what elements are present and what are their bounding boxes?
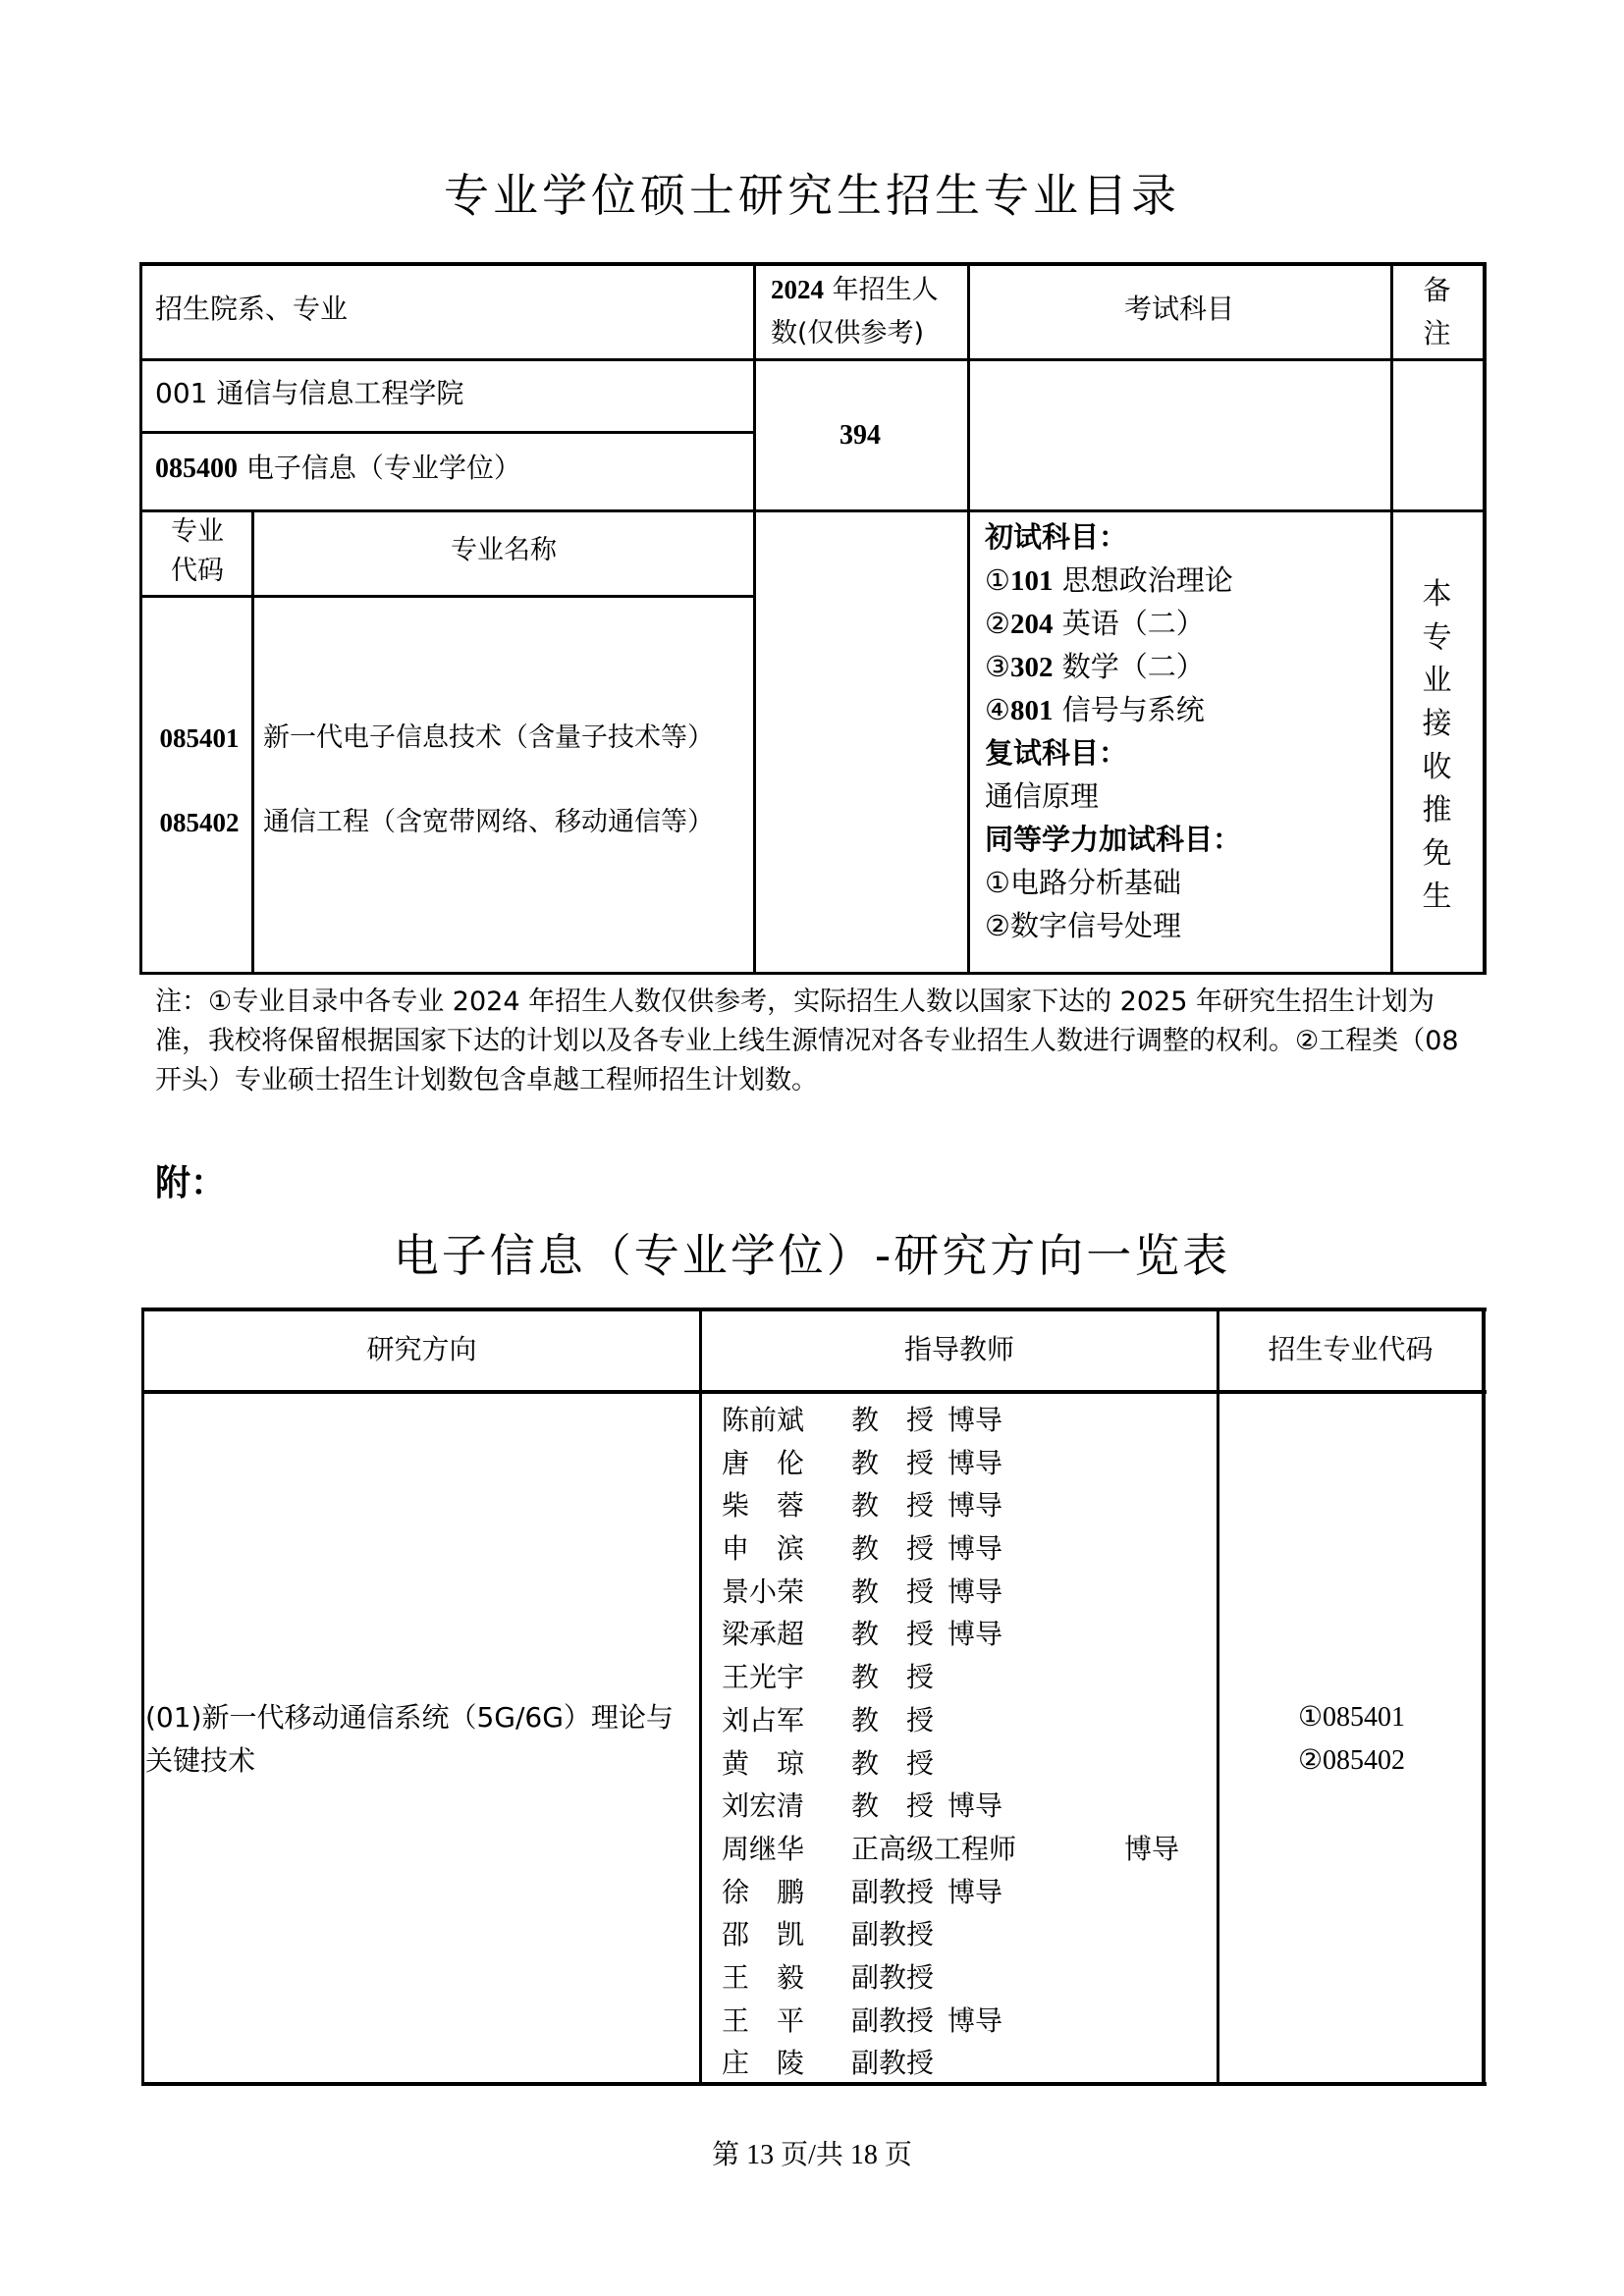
- exam-item: ①101 思想政治理论: [985, 559, 1241, 602]
- table-border: [139, 431, 755, 434]
- exam-subjects: 初试科目： ①101 思想政治理论 ②204 英语（二） ③302 数学（二） …: [985, 515, 1241, 947]
- sub-major-code: 085402: [145, 807, 253, 838]
- department-name: 001 通信与信息工程学院: [155, 377, 463, 410]
- advisor-supervisor-badge: 博导: [947, 1442, 1002, 1485]
- header-enrollment-text: 年招生人: [824, 275, 939, 305]
- remark-char: 接: [1390, 703, 1484, 746]
- advisor-row: 庄 陵副教授: [722, 2042, 1179, 2085]
- remark-char: 生: [1390, 876, 1484, 919]
- table-border: [967, 262, 970, 975]
- header-remarks: 备 注: [1390, 269, 1484, 355]
- table-border: [699, 1308, 702, 2086]
- remark-char: 本: [1390, 573, 1484, 616]
- exam-item: ③302 数学（二）: [985, 645, 1241, 688]
- advisor-title: 副教授: [851, 1913, 947, 1956]
- exam-index: ②: [985, 607, 1010, 640]
- advisor-name: 王 平: [722, 2000, 851, 2043]
- exam-name: 思想政治理论: [1054, 563, 1233, 597]
- subheader-major-name: 专业名称: [253, 535, 754, 566]
- exam-code: 101: [1010, 565, 1054, 597]
- header-department-major: 招生院系、专业: [155, 293, 348, 326]
- advisor-row: 陈前斌教 授博导: [722, 1399, 1179, 1442]
- remark-text: 本专业接收推免生: [1390, 573, 1484, 919]
- exam-name: 英语（二）: [1054, 607, 1205, 640]
- remark-char: 收: [1390, 746, 1484, 789]
- advisor-row: 黄 琼教 授: [722, 1742, 1179, 1786]
- advisor-name: 黄 琼: [722, 1742, 851, 1786]
- advisor-title: 教 授: [851, 1484, 947, 1527]
- advisor-supervisor-badge: 博导: [947, 1871, 1002, 1914]
- exam-index: ①: [985, 563, 1010, 597]
- page-title: 专业学位硕士研究生招生专业目录: [0, 160, 1624, 225]
- major-code: 085400: [155, 454, 238, 484]
- table-border: [141, 1308, 144, 2086]
- advisor-name: 王 毅: [722, 1956, 851, 2000]
- sub-major-name: 通信工程（含宽带网络、移动通信等）: [263, 807, 714, 838]
- exam-item: ②204 英语（二）: [985, 602, 1241, 645]
- advisor-row: 王 毅副教授: [722, 1956, 1179, 2000]
- advisor-title: 副教授: [851, 1956, 947, 2000]
- advisor-row: 刘占军教 授: [722, 1699, 1179, 1742]
- advisor-row: 申 滨教 授博导: [722, 1527, 1179, 1571]
- advisor-row: 周继华正高级工程师博导: [722, 1828, 1179, 1871]
- advisor-title: 教 授: [851, 1699, 947, 1742]
- exam-code: 302: [1010, 652, 1054, 683]
- advisor-title: 教 授: [851, 1527, 947, 1571]
- preliminary-heading: 初试科目：: [985, 515, 1241, 559]
- advisor-title: 教 授: [851, 1613, 947, 1656]
- enrollment-count: 394: [753, 419, 967, 453]
- advisor-name: 梁承超: [722, 1613, 851, 1656]
- page-number: 第 13 页/共 18 页: [0, 2133, 1624, 2172]
- advisor-supervisor-badge: 博导: [947, 1527, 1002, 1571]
- advisor-row: 景小荣教 授博导: [722, 1571, 1179, 1614]
- header-direction: 研究方向: [144, 1333, 699, 1366]
- header-remarks-line1: 备: [1390, 269, 1484, 312]
- advisor-name: 柴 蓉: [722, 1484, 851, 1527]
- advisor-row: 王 平副教授博导: [722, 2000, 1179, 2043]
- advisor-supervisor-badge: 博导: [1124, 1828, 1179, 1871]
- table-border: [139, 595, 755, 598]
- advisor-row: 梁承超教 授博导: [722, 1613, 1179, 1656]
- equivalent-item: ①电路分析基础: [985, 861, 1241, 904]
- table-border: [1217, 1308, 1219, 2086]
- advisor-title: 副教授: [851, 2000, 947, 2043]
- advisor-name: 徐 鹏: [722, 1871, 851, 1914]
- exam-name: 信号与系统: [1054, 693, 1205, 726]
- exam-index: ④: [985, 693, 1010, 726]
- table-border: [141, 1308, 1487, 1311]
- major-code-item: ②085402: [1220, 1739, 1483, 1783]
- exam-item: ④801 信号与系统: [985, 688, 1241, 731]
- remark-char: 免: [1390, 832, 1484, 876]
- header-exam-subjects: 考试科目: [967, 293, 1391, 326]
- header-major-codes: 招生专业代码: [1219, 1333, 1482, 1366]
- header-enrollment-reference: 数(仅供参考): [771, 312, 967, 355]
- table-border: [139, 262, 1487, 266]
- advisor-name: 周继华: [722, 1828, 851, 1871]
- table-border: [139, 972, 1487, 975]
- header-enrollment-2024: 2024 年招生人 数(仅供参考): [771, 268, 967, 355]
- remark-char: 业: [1390, 660, 1484, 703]
- advisor-name: 景小荣: [722, 1571, 851, 1614]
- appendix-label: 附：: [155, 1155, 226, 1205]
- header-year: 2024: [771, 275, 824, 304]
- remark-char: 推: [1390, 789, 1484, 832]
- subheader-major-code: 专业 代码: [142, 512, 252, 591]
- advisor-supervisor-badge: 博导: [947, 1399, 1002, 1442]
- exam-name: 数学（二）: [1054, 650, 1205, 683]
- advisor-name: 邵 凯: [722, 1913, 851, 1956]
- sub-major-name: 新一代电子信息技术（含量子技术等）: [263, 722, 714, 754]
- advisor-title: 教 授: [851, 1442, 947, 1485]
- advisor-title: 教 授: [851, 1571, 947, 1614]
- advisor-title: 教 授: [851, 1785, 947, 1828]
- advisor-supervisor-badge: 博导: [947, 1484, 1002, 1527]
- advisor-name: 申 滨: [722, 1527, 851, 1571]
- equivalent-heading: 同等学力加试科目：: [985, 818, 1241, 861]
- subheader-code-line1: 专业: [142, 512, 252, 552]
- advisor-name: 庄 陵: [722, 2042, 851, 2085]
- direction-table-title: 电子信息（专业学位）-研究方向一览表: [0, 1220, 1624, 1285]
- major-codes: ①085401 ②085402: [1220, 1696, 1483, 1783]
- exam-code: 801: [1010, 695, 1054, 726]
- table-border: [139, 262, 142, 975]
- advisor-row: 王光宇教 授: [722, 1656, 1179, 1699]
- advisor-title: 教 授: [851, 1742, 947, 1786]
- table-border: [141, 1390, 1487, 1394]
- advisor-title: 副教授: [851, 2042, 947, 2085]
- header-advisors: 指导教师: [702, 1333, 1217, 1366]
- advisor-supervisor-badge: 博导: [947, 1571, 1002, 1614]
- advisor-title: 教 授: [851, 1399, 947, 1442]
- advisor-supervisor-badge: 博导: [947, 2000, 1002, 2043]
- exam-code: 204: [1010, 609, 1054, 640]
- header-remarks-line2: 注: [1390, 312, 1484, 355]
- major-title: 电子信息（专业学位）: [238, 452, 521, 484]
- remark-char: 专: [1390, 616, 1484, 660]
- advisor-row: 邵 凯副教授: [722, 1913, 1179, 1956]
- table-border: [753, 262, 756, 975]
- retest-heading: 复试科目：: [985, 731, 1241, 774]
- advisor-row: 徐 鹏副教授博导: [722, 1871, 1179, 1914]
- advisor-row: 唐 伦教 授博导: [722, 1442, 1179, 1485]
- advisor-title: 副教授: [851, 1871, 947, 1914]
- advisor-row: 刘宏清教 授博导: [722, 1785, 1179, 1828]
- table-border: [139, 358, 1487, 361]
- advisor-title: 正高级工程师: [851, 1828, 1124, 1871]
- subheader-code-line2: 代码: [142, 552, 252, 591]
- research-direction: (01)新一代移动通信系统（5G/6G）理论与关键技术: [145, 1696, 695, 1783]
- advisor-name: 唐 伦: [722, 1442, 851, 1485]
- advisor-supervisor-badge: 博导: [947, 1785, 1002, 1828]
- advisor-row: 柴 蓉教 授博导: [722, 1484, 1179, 1527]
- exam-index: ③: [985, 650, 1010, 683]
- advisor-name: 王光宇: [722, 1656, 851, 1699]
- footnote: 注：①专业目录中各专业 2024 年招生人数仅供参考，实际招生人数以国家下达的 …: [155, 983, 1471, 1100]
- major-code-item: ①085401: [1220, 1696, 1483, 1739]
- table-border: [139, 509, 1487, 512]
- advisor-list: 陈前斌教 授博导唐 伦教 授博导柴 蓉教 授博导申 滨教 授博导景小荣教 授博导…: [722, 1399, 1179, 2085]
- advisor-name: 刘宏清: [722, 1785, 851, 1828]
- advisor-supervisor-badge: 博导: [947, 1613, 1002, 1656]
- advisor-title: 教 授: [851, 1656, 947, 1699]
- sub-major-code: 085401: [145, 722, 253, 754]
- advisor-name: 陈前斌: [722, 1399, 851, 1442]
- equivalent-item: ②数字信号处理: [985, 904, 1241, 947]
- major-name: 085400 电子信息（专业学位）: [155, 452, 521, 486]
- retest-item: 通信原理: [985, 774, 1241, 818]
- advisor-name: 刘占军: [722, 1699, 851, 1742]
